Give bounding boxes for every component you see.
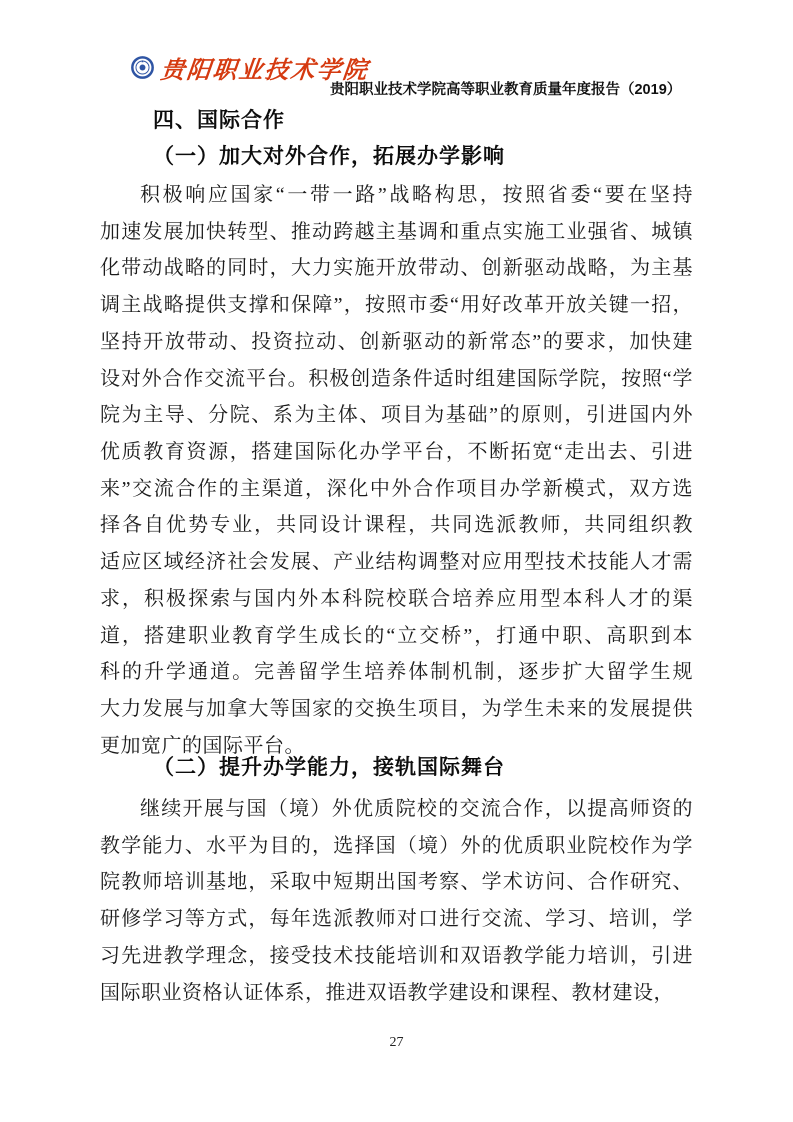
paragraph-line: 加速发展加快转型、推动跨越主基调和重点实施工业强省、城镇	[100, 214, 693, 251]
paragraph-line: 院为主导、分院、系为主体、项目为基础”的原则，引进国内外	[100, 397, 693, 434]
paragraph-line: 优质教育资源，搭建国际化办学平台，不断拓宽“走出去、引进	[100, 434, 693, 471]
paragraph-line: 适应区域经济社会发展、产业结构调整对应用型技术技能人才需	[100, 544, 693, 581]
paragraph-line: 大力发展与加拿大等国家的交换生项目，为学生未来的发展提供	[100, 691, 693, 728]
paragraph-line: 择各自优势专业，共同设计课程，共同选派教师，共同组织教学；	[100, 507, 693, 544]
paragraph-line: 调主战略提供支撑和保障”，按照市委“用好改革开放关键一招，	[100, 287, 693, 324]
document-page: 贵阳职业技术学院 贵阳职业技术学院高等职业教育质量年度报告（2019） 四、国际…	[0, 0, 793, 1122]
paragraph-line: 积极响应国家“一带一路”战略构思，按照省委“要在坚持	[100, 177, 693, 214]
paragraph-line: 坚持开放带动、投资拉动、创新驱动的新常态”的要求，加快建	[100, 324, 693, 361]
paragraph-line: 研修学习等方式，每年选派教师对口进行交流、学习、培训，学	[100, 901, 693, 938]
section-heading-international-cooperation: 四、国际合作	[100, 108, 693, 133]
paragraph-line: 求，积极探索与国内外本科院校联合培养应用型本科人才的渠	[100, 581, 693, 618]
paragraph-line: 院教师培训基地，采取中短期出国考察、学术访问、合作研究、	[100, 864, 693, 901]
paragraph-line: 教学能力、水平为目的，选择国（境）外的优质职业院校作为学	[100, 828, 693, 865]
paragraph-improve-capability: 继续开展与国（境）外优质院校的交流合作，以提高师资的教学能力、水平为目的，选择国…	[100, 791, 693, 1011]
subsection-heading-improve-capability: （二）提升办学能力，接轨国际舞台	[100, 755, 693, 780]
paragraph-line: 化带动战略的同时，大力实施开放带动、创新驱动战略，为主基	[100, 250, 693, 287]
paragraph-expand-cooperation: 积极响应国家“一带一路”战略构思，按照省委“要在坚持加速发展加快转型、推动跨越主…	[100, 177, 693, 765]
paragraph-line: 科的升学通道。完善留学生培养体制机制，逐步扩大留学生规模。	[100, 654, 693, 691]
paragraph-line: 习先进教学理念，接受技术技能培训和双语教学能力培训，引进	[100, 938, 693, 975]
paragraph-line: 继续开展与国（境）外优质院校的交流合作，以提高师资的	[100, 791, 693, 828]
paragraph-line: 来”交流合作的主渠道，深化中外合作项目办学新模式，双方选	[100, 471, 693, 508]
paragraph-line: 道，搭建职业教育学生成长的“立交桥”，打通中职、高职到本	[100, 618, 693, 655]
paragraph-line: 国际职业资格认证体系，推进双语教学建设和课程、教材建设，	[100, 975, 693, 1012]
subsection-heading-expand-cooperation: （一）加大对外合作，拓展办学影响	[100, 144, 693, 169]
paragraph-line: 设对外合作交流平台。积极创造条件适时组建国际学院，按照“学	[100, 361, 693, 398]
report-running-title: 贵阳职业技术学院高等职业教育质量年度报告（2019）	[330, 78, 648, 99]
page-number: 27	[0, 1035, 793, 1051]
college-seal-icon	[131, 56, 154, 79]
